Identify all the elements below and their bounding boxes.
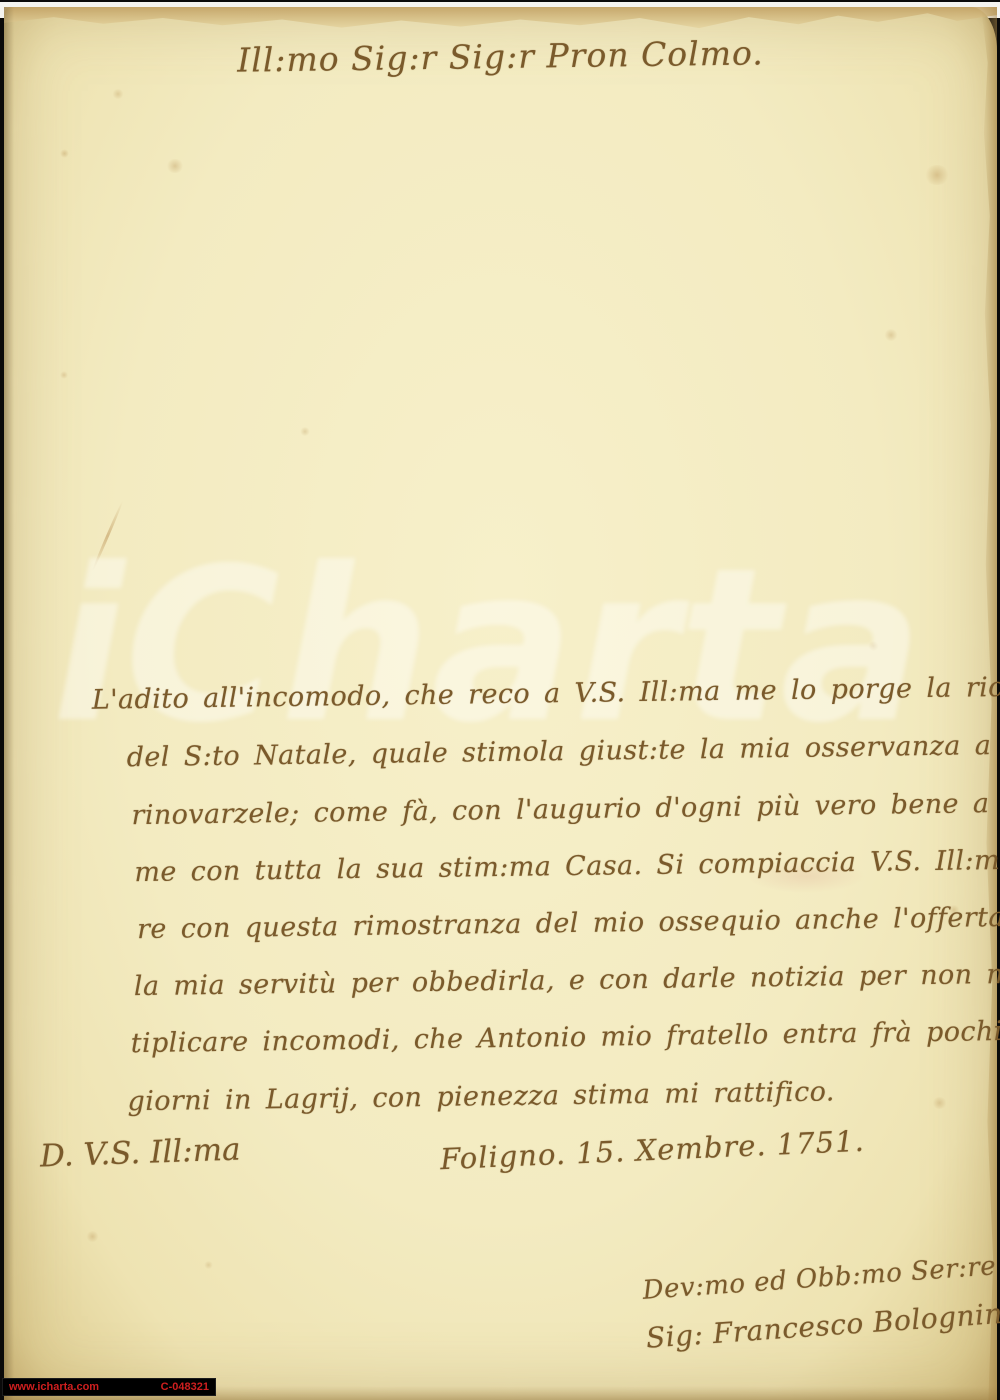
catalog-bar: www.icharta.com C-048321 bbox=[2, 1378, 216, 1396]
body-line: re con questa rimostranza del mio ossequ… bbox=[137, 901, 1000, 945]
body-line: giorni in Lagrij, con pienezza stima mi … bbox=[127, 1076, 835, 1117]
scanner-background: { "letter": { "heading": "Ill:mo Sig:r S… bbox=[0, 0, 1000, 1400]
body-line: me con tutta la sua stim:ma Casa. Si com… bbox=[134, 843, 1000, 888]
body-line: L'adito all'incomodo, che reco a V.S. Il… bbox=[92, 670, 1000, 715]
catalog-url: www.icharta.com bbox=[9, 1381, 99, 1393]
body-line: la mia servitù per obbedirla, e con darl… bbox=[134, 958, 1000, 1002]
catalog-code: C-048321 bbox=[161, 1381, 209, 1393]
body-line: del S:to Natale, quale stimola giust:te … bbox=[127, 730, 992, 773]
paper: iCharta Ill:mo Sig:r Sig:r Pron Colmo. L… bbox=[4, 7, 997, 1400]
body-line: tiplicare incomodi, che Antonio mio frat… bbox=[130, 1016, 1000, 1059]
body-line: rinovarzele; come fà, con l'augurio d'og… bbox=[131, 787, 1000, 831]
valediction: D. V.S. Ill:ma bbox=[39, 1132, 241, 1175]
letter-body: L'adito all'incomodo, che reco a V.S. Il… bbox=[0, 0, 1000, 1400]
